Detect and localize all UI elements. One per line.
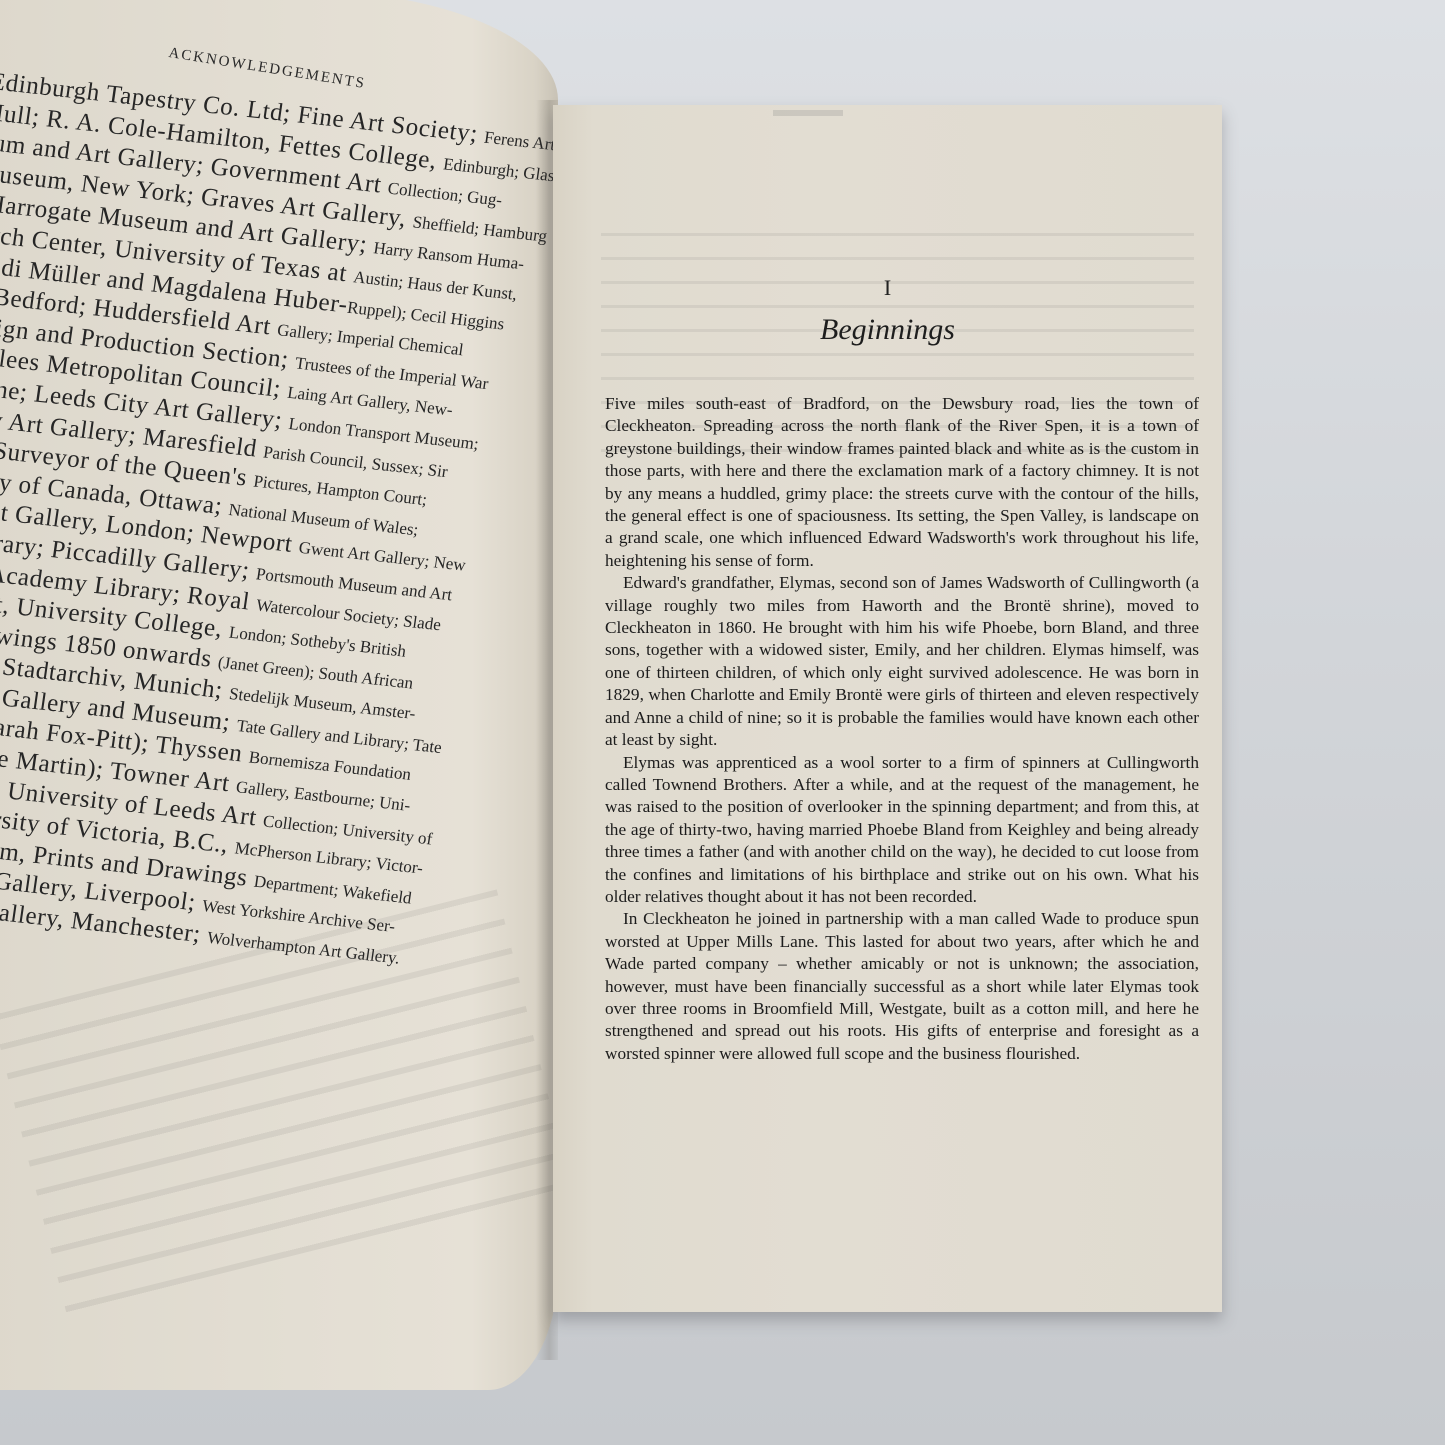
left-page-acknowledgements: Acknowledgements Edinburgh Tapestry Co. … <box>0 0 558 1390</box>
right-page-chapter: I Beginnings Five miles south-east of Br… <box>553 105 1222 1312</box>
chapter-title: Beginnings <box>553 313 1222 347</box>
chapter-number: I <box>553 275 1222 301</box>
paragraph: Five miles south-east of Bradford, on th… <box>605 393 1199 572</box>
chapter-body: Five miles south-east of Bradford, on th… <box>605 393 1199 1065</box>
acknowledgements-text: Edinburgh Tapestry Co. Ltd; Fine Art Soc… <box>0 68 558 978</box>
paragraph: Edward's grandfather, Elymas, second son… <box>605 572 1199 751</box>
paragraph: In Cleckheaton he joined in partnership … <box>605 908 1199 1065</box>
show-through-header <box>773 110 843 116</box>
running-head: Acknowledgements <box>167 45 367 93</box>
paragraph: Elymas was apprenticed as a wool sorter … <box>605 752 1199 909</box>
